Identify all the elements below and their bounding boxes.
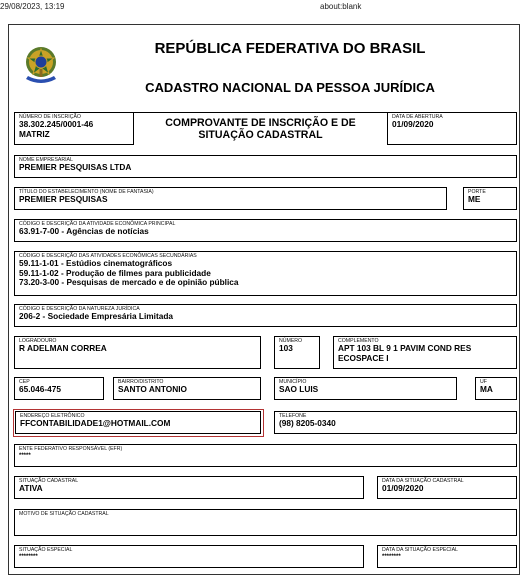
field-data-abertura: DATA DE ABERTURA 01/09/2020 [387,112,517,145]
field-value: 01/09/2020 [392,120,512,130]
field-telefone: TELEFONE (98) 8205-0340 [274,411,517,434]
field-value: 63.91-7-00 - Agências de notícias [19,227,512,237]
field-value: MA [480,385,512,395]
field-titulo-estabelecimento: TÍTULO DO ESTABELECIMENTO (NOME DE FANTA… [14,187,447,210]
field-natureza-juridica: CÓDIGO E DESCRIÇÃO DA NATUREZA JURÍDICA … [14,304,517,327]
field-value: 65.046-475 [19,385,99,395]
field-value: SAO LUIS [279,385,452,395]
field-value: SANTO ANTONIO [118,385,256,395]
field-efr: ENTE FEDERATIVO RESPONSÁVEL (EFR) ***** [14,444,517,467]
field-value: ******** [382,553,512,561]
document-subtitle: CADASTRO NACIONAL DA PESSOA JURÍDICA [60,80,520,95]
print-datetime: 29/08/2023, 13:19 [0,2,65,11]
field-motivo-situacao: MOTIVO DE SITUAÇÃO CADASTRAL [14,509,517,536]
field-email: ENDEREÇO ELETRÔNICO FFCONTABILIDADE1@HOT… [15,411,261,434]
field-value: 206-2 - Sociedade Empresária Limitada [19,312,512,322]
field-value: ***** [19,452,512,460]
field-value: PREMIER PESQUISAS LTDA [19,163,512,173]
field-data-situacao-cadastral: DATA DA SITUAÇÃO CADASTRAL 01/09/2020 [377,476,517,499]
field-data-situacao-especial: DATA DA SITUAÇÃO ESPECIAL ******** [377,545,517,568]
field-atividade-principal: CÓDIGO E DESCRIÇÃO DA ATIVIDADE ECONÔMIC… [14,219,517,242]
field-value: ME [468,195,512,205]
field-numero-inscricao: NÚMERO DE INSCRIÇÃO 38.302.245/0001-46 M… [14,112,134,145]
field-value: 01/09/2020 [382,484,512,494]
field-complemento: COMPLEMENTO APT 103 BL 9 1 PAVIM COND RE… [333,336,517,369]
field-cep: CEP 65.046-475 [14,377,104,400]
field-label: MOTIVO DE SITUAÇÃO CADASTRAL [19,511,512,517]
page-url: about:blank [320,2,361,11]
brazil-coat-of-arms-icon [21,45,61,87]
document-title: REPÚBLICA FEDERATIVA DO BRASIL [60,40,520,57]
field-value-type: MATRIZ [19,130,129,140]
field-value: (98) 8205-0340 [279,419,512,429]
field-value-line2: ECOSPACE I [338,354,512,364]
comprovante-title: COMPROVANTE DE INSCRIÇÃO E DE SITUAÇÃO C… [133,112,388,145]
field-logradouro: LOGRADOURO R ADELMAN CORREA [14,336,261,369]
field-value: FFCONTABILIDADE1@HOTMAIL.COM [20,419,256,429]
field-uf: UF MA [475,377,517,400]
field-porte: PORTE ME [463,187,517,210]
field-municipio: MUNICÍPIO SAO LUIS [274,377,457,400]
field-nome-empresarial: NOME EMPRESARIAL PREMIER PESQUISAS LTDA [14,155,517,178]
list-item: 73.20-3-00 - Pesquisas de mercado e de o… [19,278,512,288]
field-value: ******** [19,553,359,561]
field-situacao-especial: SITUAÇÃO ESPECIAL ******** [14,545,364,568]
field-bairro: BAIRRO/DISTRITO SANTO ANTONIO [113,377,261,400]
field-value: ATIVA [19,484,359,494]
field-value: R ADELMAN CORREA [19,344,256,354]
field-situacao-cadastral: SITUAÇÃO CADASTRAL ATIVA [14,476,364,499]
field-value: 103 [279,344,315,354]
field-atividades-secundarias: CÓDIGO E DESCRIÇÃO DAS ATIVIDADES ECONÔM… [14,251,517,296]
field-value: PREMIER PESQUISAS [19,195,442,205]
field-numero: NÚMERO 103 [274,336,320,369]
